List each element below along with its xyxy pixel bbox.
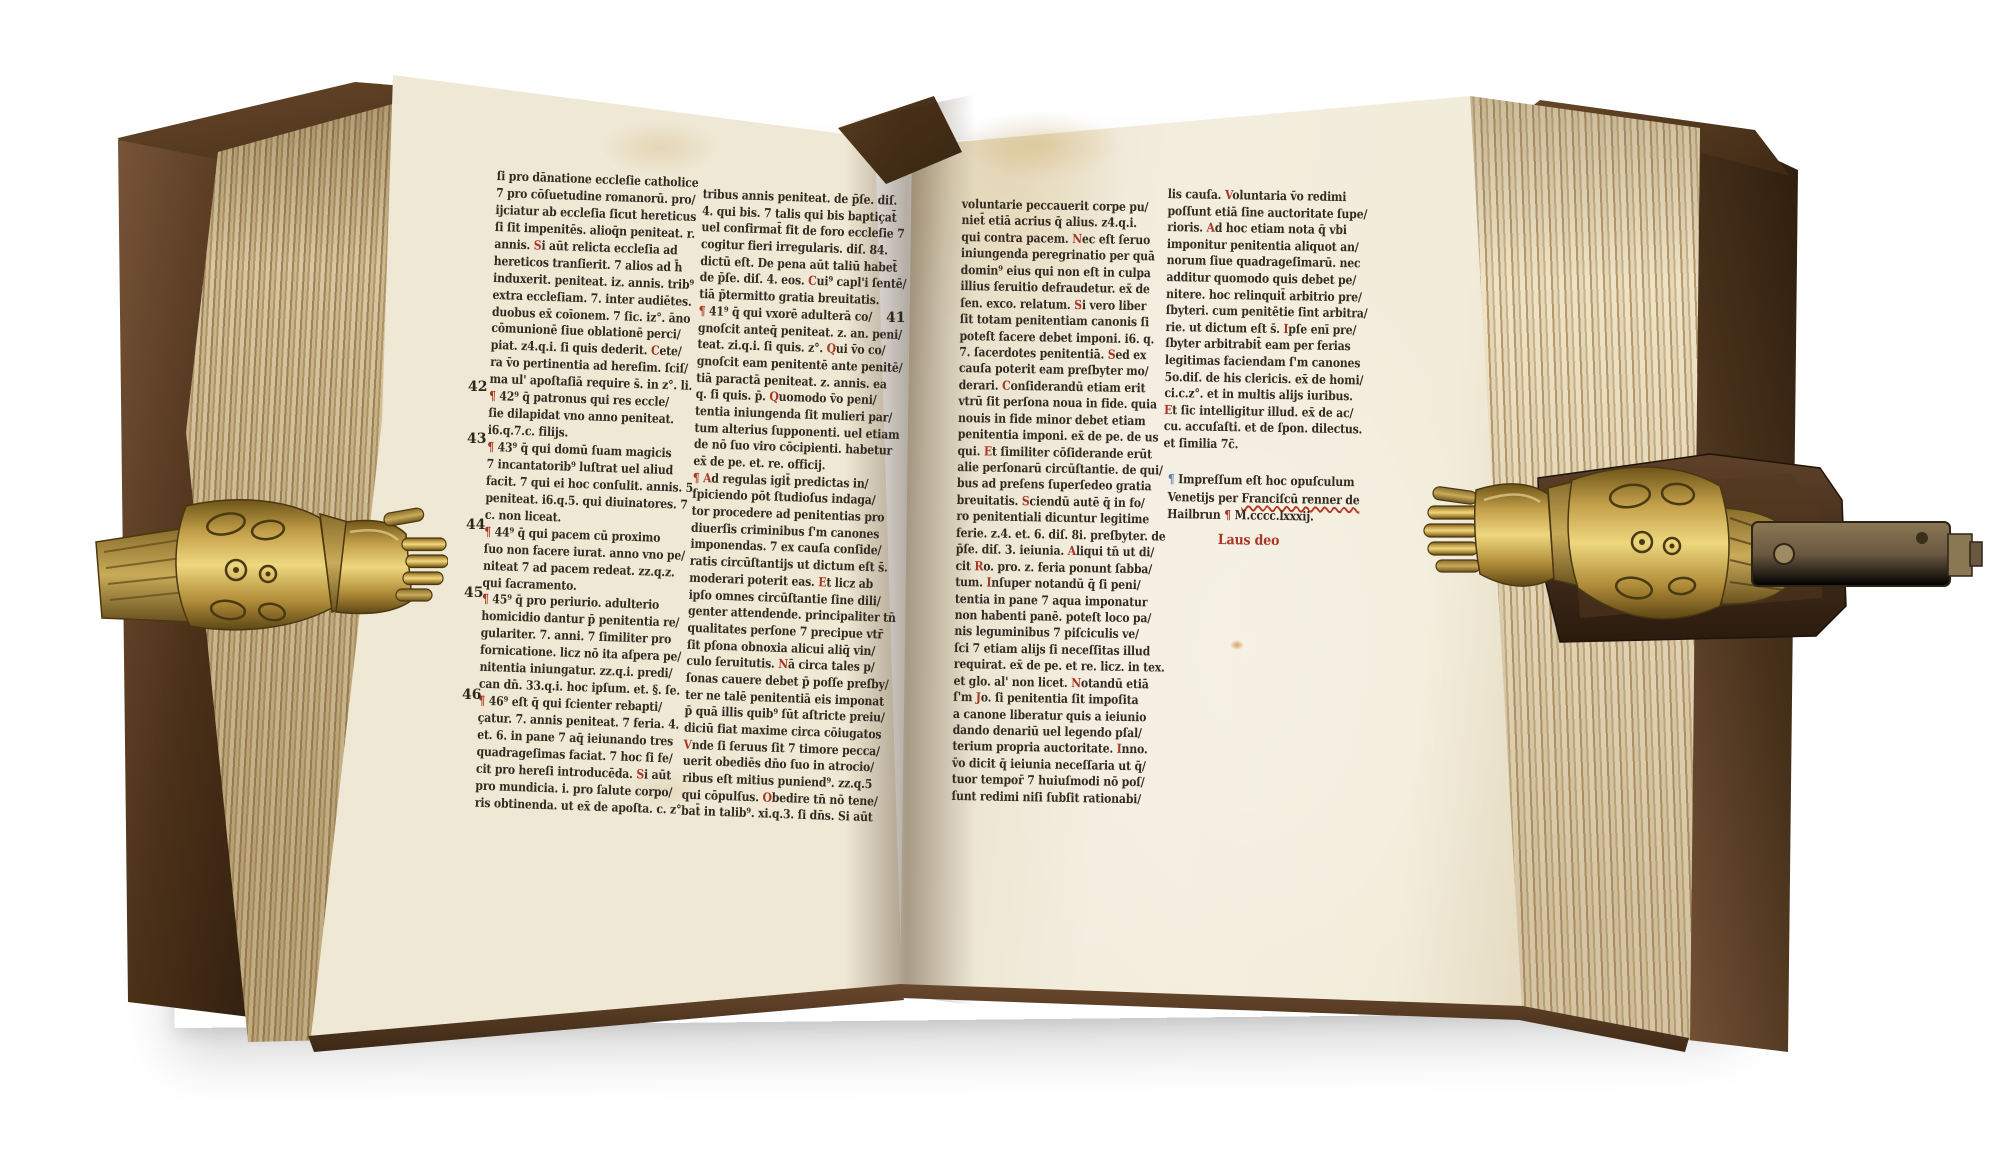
paper-stain xyxy=(1230,640,1244,650)
chapter-number-45: 45 xyxy=(464,585,483,601)
colophon: ¶ Impreſſum eſt hoc opuſculumVenetijs pe… xyxy=(1167,470,1360,526)
chapter-number-41: 41 xyxy=(886,310,905,326)
clasp-hand-right xyxy=(1424,484,1554,586)
chapter-number-44: 44 xyxy=(466,517,485,533)
chapter-number-46: 46 xyxy=(462,687,481,703)
left-page-column-1: ſi pro dānatione eccleſie catholice7 pro… xyxy=(475,168,708,819)
text-line: Hailbrun ¶ M.cccc.lxxxij. xyxy=(1167,505,1359,526)
clasp-hand xyxy=(336,507,448,613)
paper-stain xyxy=(960,110,1120,180)
right-brass-hand-clasp xyxy=(1420,438,2000,658)
left-page-column-2: tribus annis peniteat. de p̄ſe. diſ.4. q… xyxy=(681,186,911,827)
clasp-cuff xyxy=(176,500,332,630)
right-page-column-1: voluntarie peccauerit corpe pu/niet̄ eti… xyxy=(951,196,1173,808)
right-page-column-2: lis cauſa. Voluntaria v̄o redimipoſſunt … xyxy=(1163,186,1369,455)
left-brass-hand-clasp xyxy=(88,480,448,650)
paper-stain xyxy=(600,120,720,175)
strap-metal-bar xyxy=(1752,522,1982,586)
closing-laus-deo: Laus deo xyxy=(1218,532,1280,549)
clasp-cuff-right xyxy=(1568,467,1729,619)
chapter-number-43: 43 xyxy=(467,431,486,447)
chapter-number-42: 42 xyxy=(468,379,487,395)
